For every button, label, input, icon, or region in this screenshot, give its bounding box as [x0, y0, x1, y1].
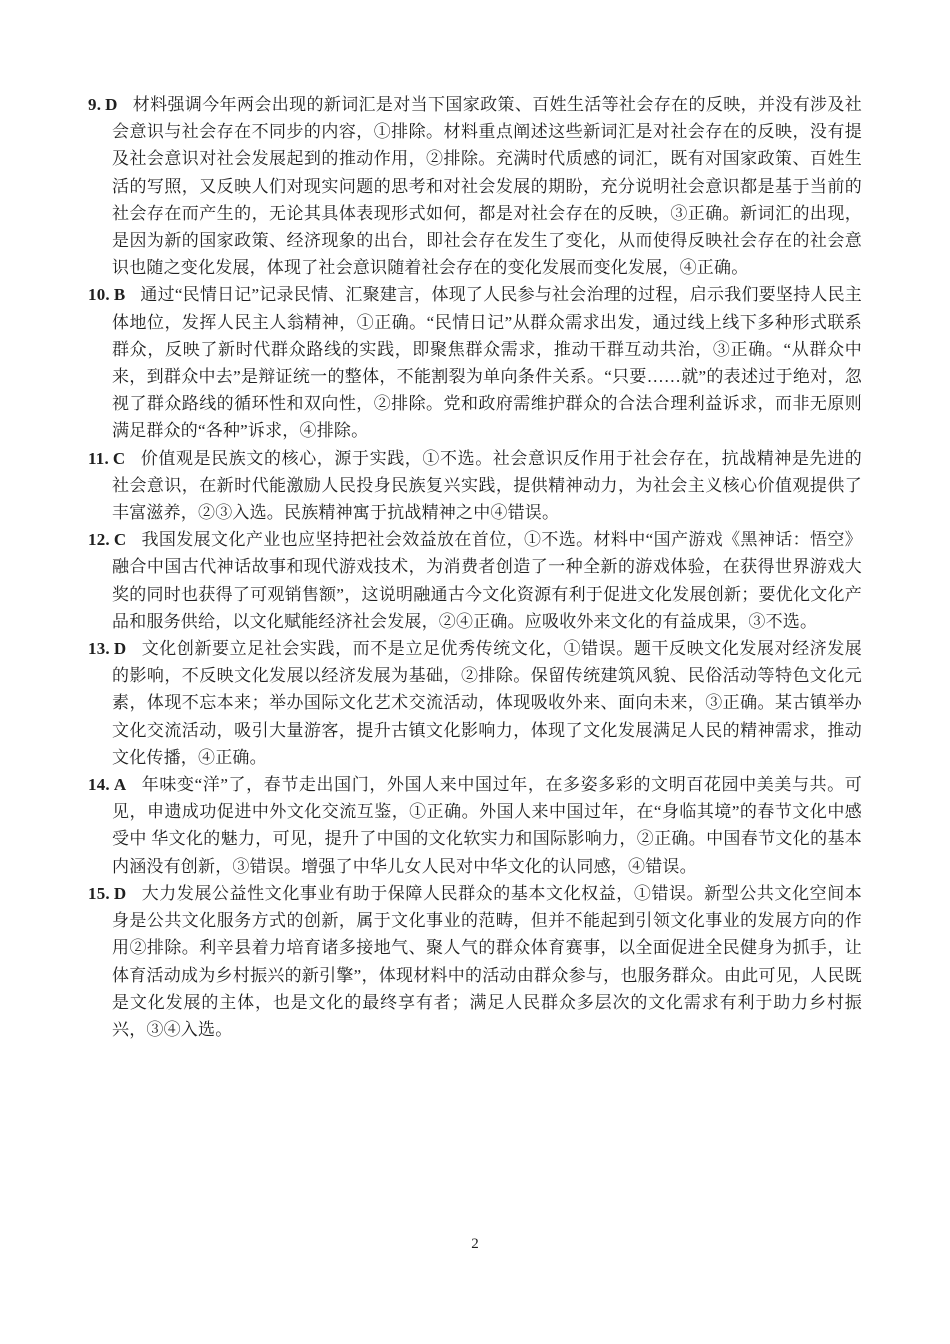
question-number: 9.	[88, 95, 101, 114]
explanation-text: 通过“民情日记”记录民情、汇聚建言，体现了人民参与社会治理的过程，启示我们要坚持…	[112, 285, 862, 440]
explanation-text: 我国发展文化产业也应坚持把社会效益放在首位，①不选。材料中“国产游戏《黑神话：悟…	[112, 530, 862, 631]
question-number: 12.	[88, 530, 110, 549]
answer-letter: D	[105, 95, 117, 114]
answer-letter: A	[114, 775, 126, 794]
page-number: 2	[0, 1236, 950, 1253]
explanation-text: 材料强调今年两会出现的新词汇是对当下国家政策、百姓生活等社会存在的反映，并没有涉…	[112, 95, 862, 277]
answer-letter: B	[114, 285, 126, 304]
question-number: 10.	[88, 285, 110, 304]
question-number: 14.	[88, 775, 110, 794]
answer-letter: D	[114, 639, 126, 658]
answer-item-13: 13.D文化创新要立足社会实践，而不是立足优秀传统文化，①错误。题干反映文化发展…	[88, 635, 862, 771]
explanation-text: 年味变“洋”了，春节走出国门，外国人来中国过年，在多姿多彩的文明百花园中美美与共…	[112, 775, 862, 876]
answer-letter: C	[113, 449, 125, 468]
answer-item-10: 10.B通过“民情日记”记录民情、汇聚建言，体现了人民参与社会治理的过程，启示我…	[88, 281, 862, 444]
answer-item-9: 9.D材料强调今年两会出现的新词汇是对当下国家政策、百姓生活等社会存在的反映，并…	[88, 91, 862, 281]
answer-item-11: 11.C价值观是民族文的核心，源于实践，①不选。社会意识反作用于社会存在，抗战精…	[88, 445, 862, 527]
document-page: 9.D材料强调今年两会出现的新词汇是对当下国家政策、百姓生活等社会存在的反映，并…	[0, 0, 950, 1344]
answer-letter: D	[114, 884, 126, 903]
answer-explanation-list: 9.D材料强调今年两会出现的新词汇是对当下国家政策、百姓生活等社会存在的反映，并…	[88, 91, 862, 1043]
answer-item-12: 12.C我国发展文化产业也应坚持把社会效益放在首位，①不选。材料中“国产游戏《黑…	[88, 526, 862, 635]
explanation-text: 文化创新要立足社会实践，而不是立足优秀传统文化，①错误。题干反映文化发展对经济发…	[112, 639, 862, 767]
question-number: 15.	[88, 884, 110, 903]
answer-letter: C	[114, 530, 126, 549]
answer-item-14: 14.A年味变“洋”了，春节走出国门，外国人来中国过年，在多姿多彩的文明百花园中…	[88, 771, 862, 880]
question-number: 11.	[88, 449, 109, 468]
explanation-text: 价值观是民族文的核心，源于实践，①不选。社会意识反作用于社会存在，抗战精神是先进…	[112, 449, 862, 522]
answer-item-15: 15.D大力发展公益性文化事业有助于保障人民群众的基本文化权益，①错误。新型公共…	[88, 880, 862, 1043]
question-number: 13.	[88, 639, 110, 658]
explanation-text: 大力发展公益性文化事业有助于保障人民群众的基本文化权益，①错误。新型公共文化空间…	[112, 884, 862, 1039]
